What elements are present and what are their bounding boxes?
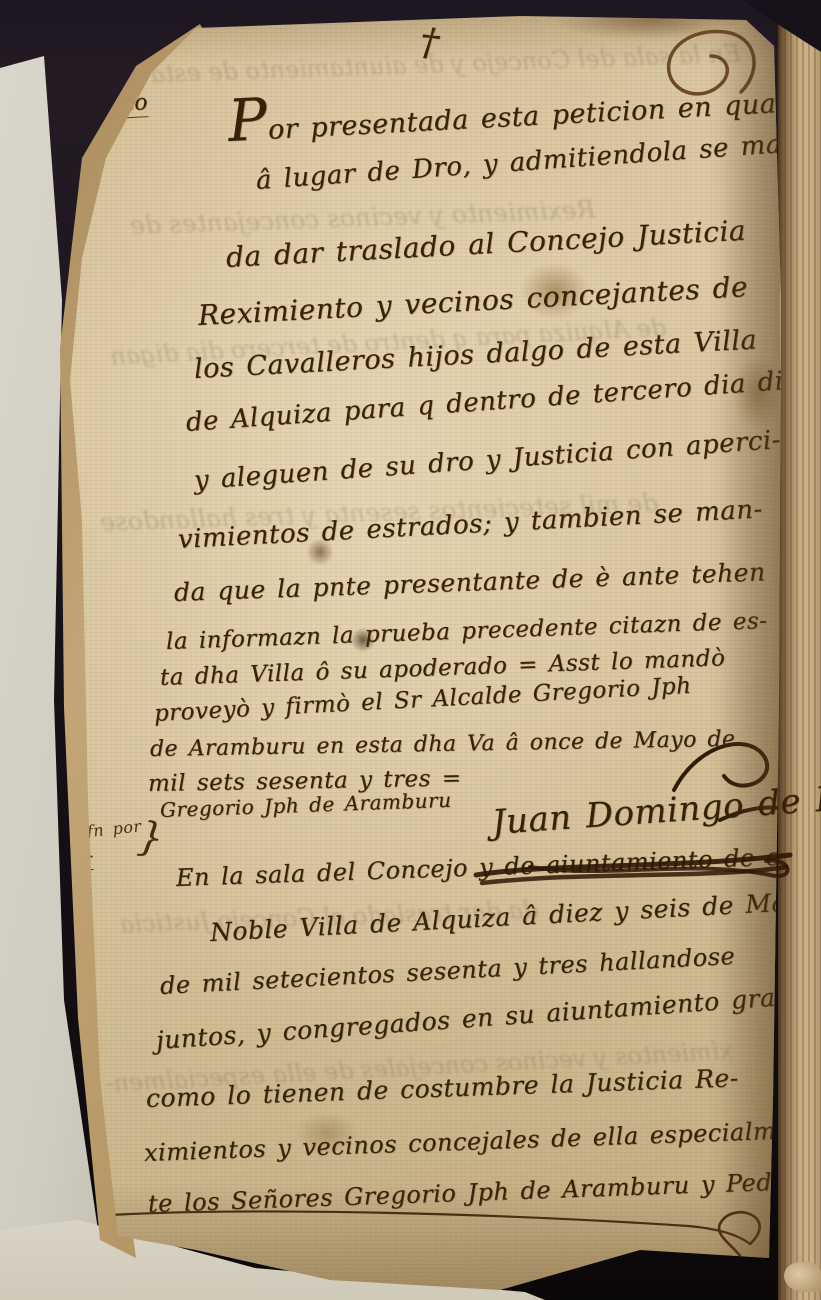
page-corner-curl (784, 1262, 821, 1292)
gutter-shadow (720, 0, 780, 1300)
manuscript-photo: En la sala del Concejo y de aiuntamiento… (0, 0, 821, 1300)
page-vignette (0, 0, 821, 1300)
manuscript-page: En la sala del Concejo y de aiuntamiento… (0, 0, 821, 1300)
page-stack-edge (778, 0, 821, 1300)
signature-rubric (470, 845, 800, 893)
